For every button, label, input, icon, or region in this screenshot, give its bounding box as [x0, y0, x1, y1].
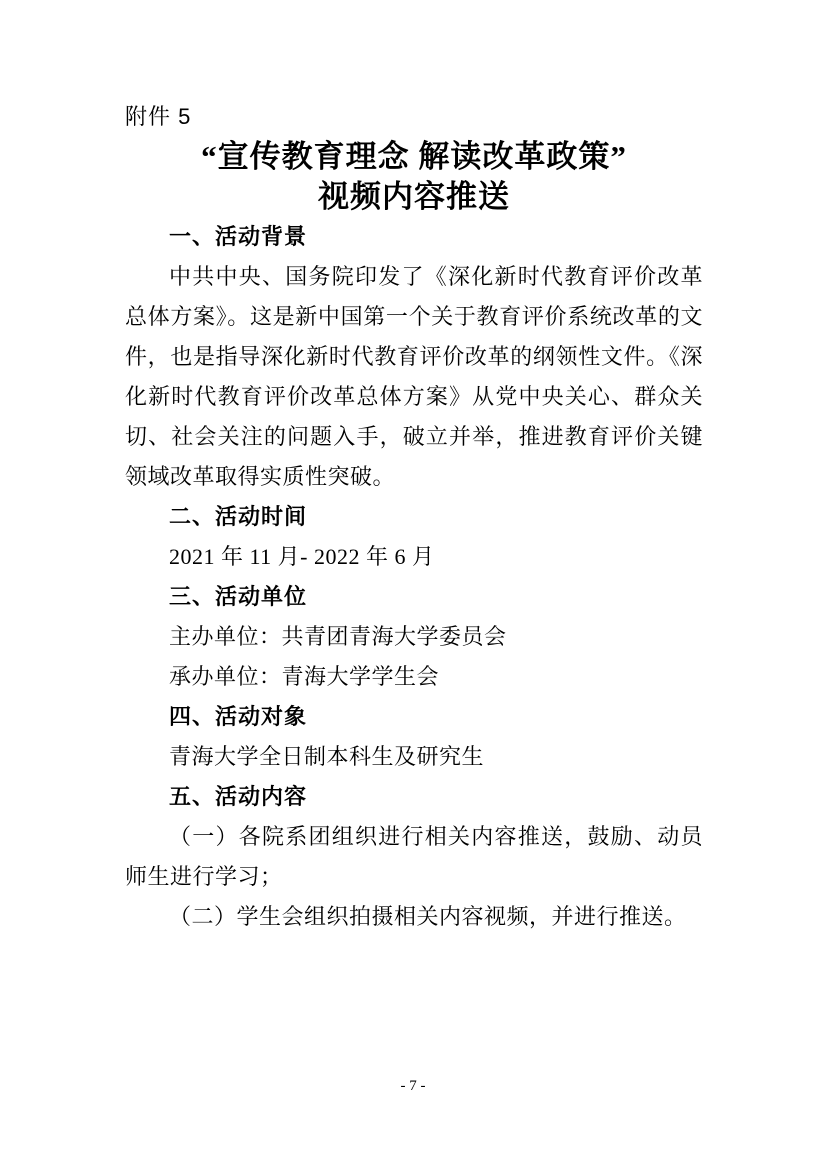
section-heading-content: 五、活动内容	[125, 777, 703, 817]
document-title-line-2: 视频内容推送	[125, 177, 703, 217]
section-heading-organizers: 三、活动单位	[125, 577, 703, 617]
organizer-undertaker-text: 承办单位：青海大学学生会	[125, 657, 703, 697]
section-heading-background: 一、活动背景	[125, 217, 703, 257]
page-number: - 7 -	[0, 1076, 826, 1096]
activity-target-text: 青海大学全日制本科生及研究生	[125, 737, 703, 777]
activity-time-text: 2021 年 11 月- 2022 年 6 月	[125, 537, 703, 577]
document-title-line-1: “宣传教育理念 解读改革政策”	[125, 137, 703, 177]
activity-content-item-2: （二）学生会组织拍摄相关内容视频，并进行推送。	[125, 897, 703, 937]
activity-content-item-1: （一）各院系团组织进行相关内容推送，鼓励、动员师生进行学习；	[125, 817, 703, 897]
section-background-paragraph: 中共中央、国务院印发了《深化新时代教育评价改革总体方案》。这是新中国第一个关于教…	[125, 257, 703, 497]
section-heading-target: 四、活动对象	[125, 697, 703, 737]
document-title: “宣传教育理念 解读改革政策” 视频内容推送	[125, 137, 703, 217]
organizer-host-text: 主办单位：共青团青海大学委员会	[125, 617, 703, 657]
attachment-label: 附件 5	[125, 97, 703, 137]
document-page: 附件 5 “宣传教育理念 解读改革政策” 视频内容推送 一、活动背景 中共中央、…	[0, 0, 826, 1169]
document-content: 附件 5 “宣传教育理念 解读改革政策” 视频内容推送 一、活动背景 中共中央、…	[125, 97, 703, 937]
section-heading-time: 二、活动时间	[125, 497, 703, 537]
